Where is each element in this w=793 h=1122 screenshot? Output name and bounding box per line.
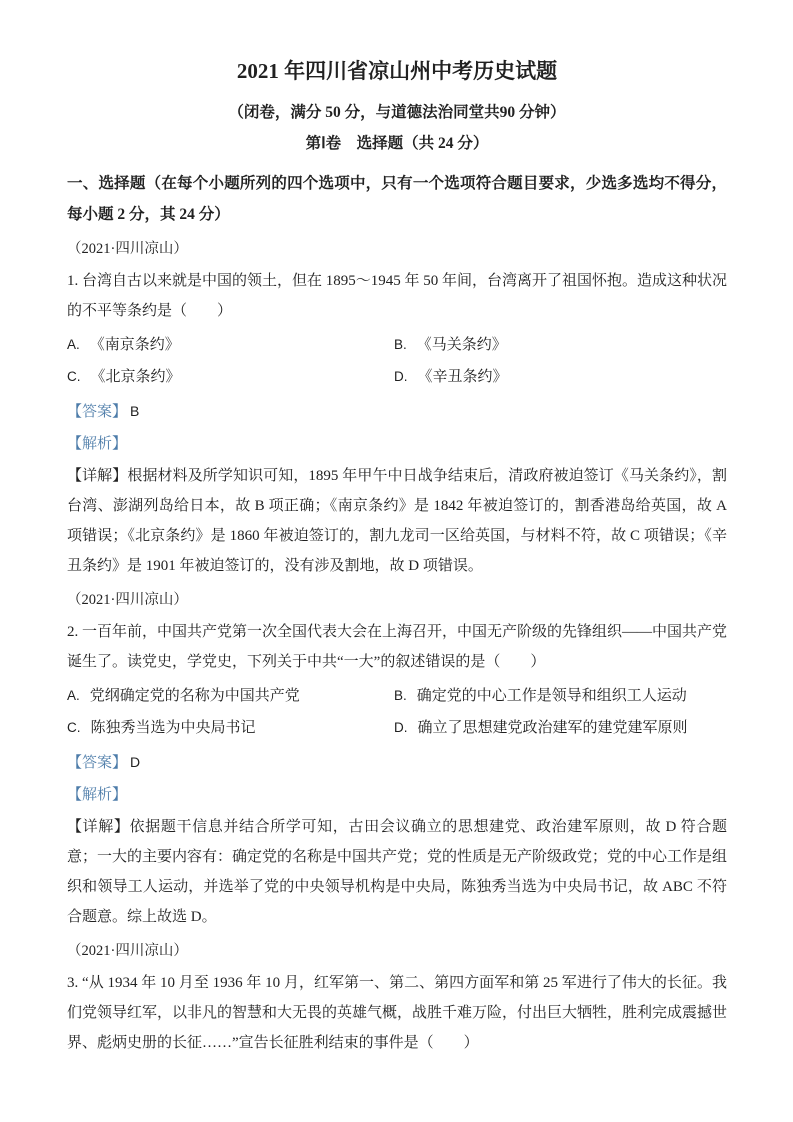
option-text: 确立了思想建党政治建军的建党建军原则 <box>418 720 688 736</box>
option-b: B.确定党的中心工作是领导和组织工人运动 <box>394 681 727 711</box>
options-grid: A.《南京条约》 B.《马关条约》 C.《北京条约》 D.《辛丑条约》 <box>67 330 727 392</box>
section-header: 第Ⅰ卷 选择题（共 24 分） <box>67 133 727 155</box>
option-text: 《辛丑条约》 <box>418 369 508 385</box>
option-a: A.《南京条约》 <box>67 330 394 360</box>
question-stem: 1. 台湾自古以来就是中国的领土，但在 1895～1945 年 50 年间，台湾… <box>67 266 727 326</box>
option-d: D.《辛丑条约》 <box>394 362 727 392</box>
detail-paragraph: 【详解】依据题干信息并结合所学可知，古田会议确立的思想建党、政治建军原则，故 D… <box>67 812 727 932</box>
option-text: 《南京条约》 <box>90 337 180 353</box>
detail-paragraph: 【详解】根据材料及所学知识可知，1895 年甲午中日战争结束后，清政府被迫签订《… <box>67 461 727 581</box>
answer-value: D <box>130 754 140 770</box>
answer-line: 【答案】B <box>67 396 727 427</box>
option-label: A. <box>67 337 80 352</box>
answer-line: 【答案】D <box>67 747 727 778</box>
option-c: C.陈独秀当选为中央局书记 <box>67 713 394 743</box>
option-b: B.《马关条约》 <box>394 330 727 360</box>
section-instructions: 一、选择题（在每个小题所列的四个选项中，只有一个选项符合题目要求，少选多选均不得… <box>67 168 727 230</box>
option-text: 确定党的中心工作是领导和组织工人运动 <box>417 688 687 704</box>
question-source-tag: （2021·四川凉山） <box>67 585 727 615</box>
answer-value: B <box>130 403 139 419</box>
option-label: C. <box>67 369 81 384</box>
question-stem: 2. 一百年前，中国共产党第一次全国代表大会在上海召开，中国无产阶级的先锋组织—… <box>67 617 727 677</box>
option-text: 陈独秀当选为中央局书记 <box>91 720 256 736</box>
question-source-tag: （2021·四川凉山） <box>67 234 727 264</box>
option-d: D.确立了思想建党政治建军的建党建军原则 <box>394 713 727 743</box>
option-text: 《北京条约》 <box>91 369 181 385</box>
analysis-line: 【解析】 <box>67 780 727 810</box>
analysis-line: 【解析】 <box>67 429 727 459</box>
analysis-marker: 【解析】 <box>67 787 127 803</box>
option-text: 党纲确定党的名称为中国共产党 <box>90 688 300 704</box>
page-title: 2021 年四川省凉山州中考历史试题 <box>67 56 727 86</box>
option-label: C. <box>67 720 81 735</box>
detail-marker: 【详解】 <box>67 819 130 835</box>
options-grid: A.党纲确定党的名称为中国共产党 B.确定党的中心工作是领导和组织工人运动 C.… <box>67 681 727 743</box>
exam-document: 2021 年四川省凉山州中考历史试题 （闭卷，满分 50 分，与道德法治同堂共9… <box>0 0 793 1122</box>
analysis-marker: 【解析】 <box>67 436 127 452</box>
answer-marker: 【答案】 <box>67 755 127 771</box>
option-a: A.党纲确定党的名称为中国共产党 <box>67 681 394 711</box>
option-label: D. <box>394 720 408 735</box>
option-label: B. <box>394 688 407 703</box>
option-label: B. <box>394 337 407 352</box>
question-stem: 3. “从 1934 年 10 月至 1936 年 10 月，红军第一、第二、第… <box>67 968 727 1058</box>
exam-rules-subtitle: （闭卷，满分 50 分，与道德法治同堂共90 分钟） <box>67 102 727 124</box>
option-label: D. <box>394 369 408 384</box>
question-source-tag: （2021·四川凉山） <box>67 936 727 966</box>
option-c: C.《北京条约》 <box>67 362 394 392</box>
option-label: A. <box>67 688 80 703</box>
detail-text: 根据材料及所学知识可知，1895 年甲午中日战争结束后，清政府被迫签订《马关条约… <box>67 468 727 574</box>
detail-text: 依据题干信息并结合所学可知，古田会议确立的思想建党、政治建军原则，故 D 符合题… <box>67 819 727 925</box>
answer-marker: 【答案】 <box>67 404 127 420</box>
option-text: 《马关条约》 <box>417 337 507 353</box>
detail-marker: 【详解】 <box>67 468 127 484</box>
